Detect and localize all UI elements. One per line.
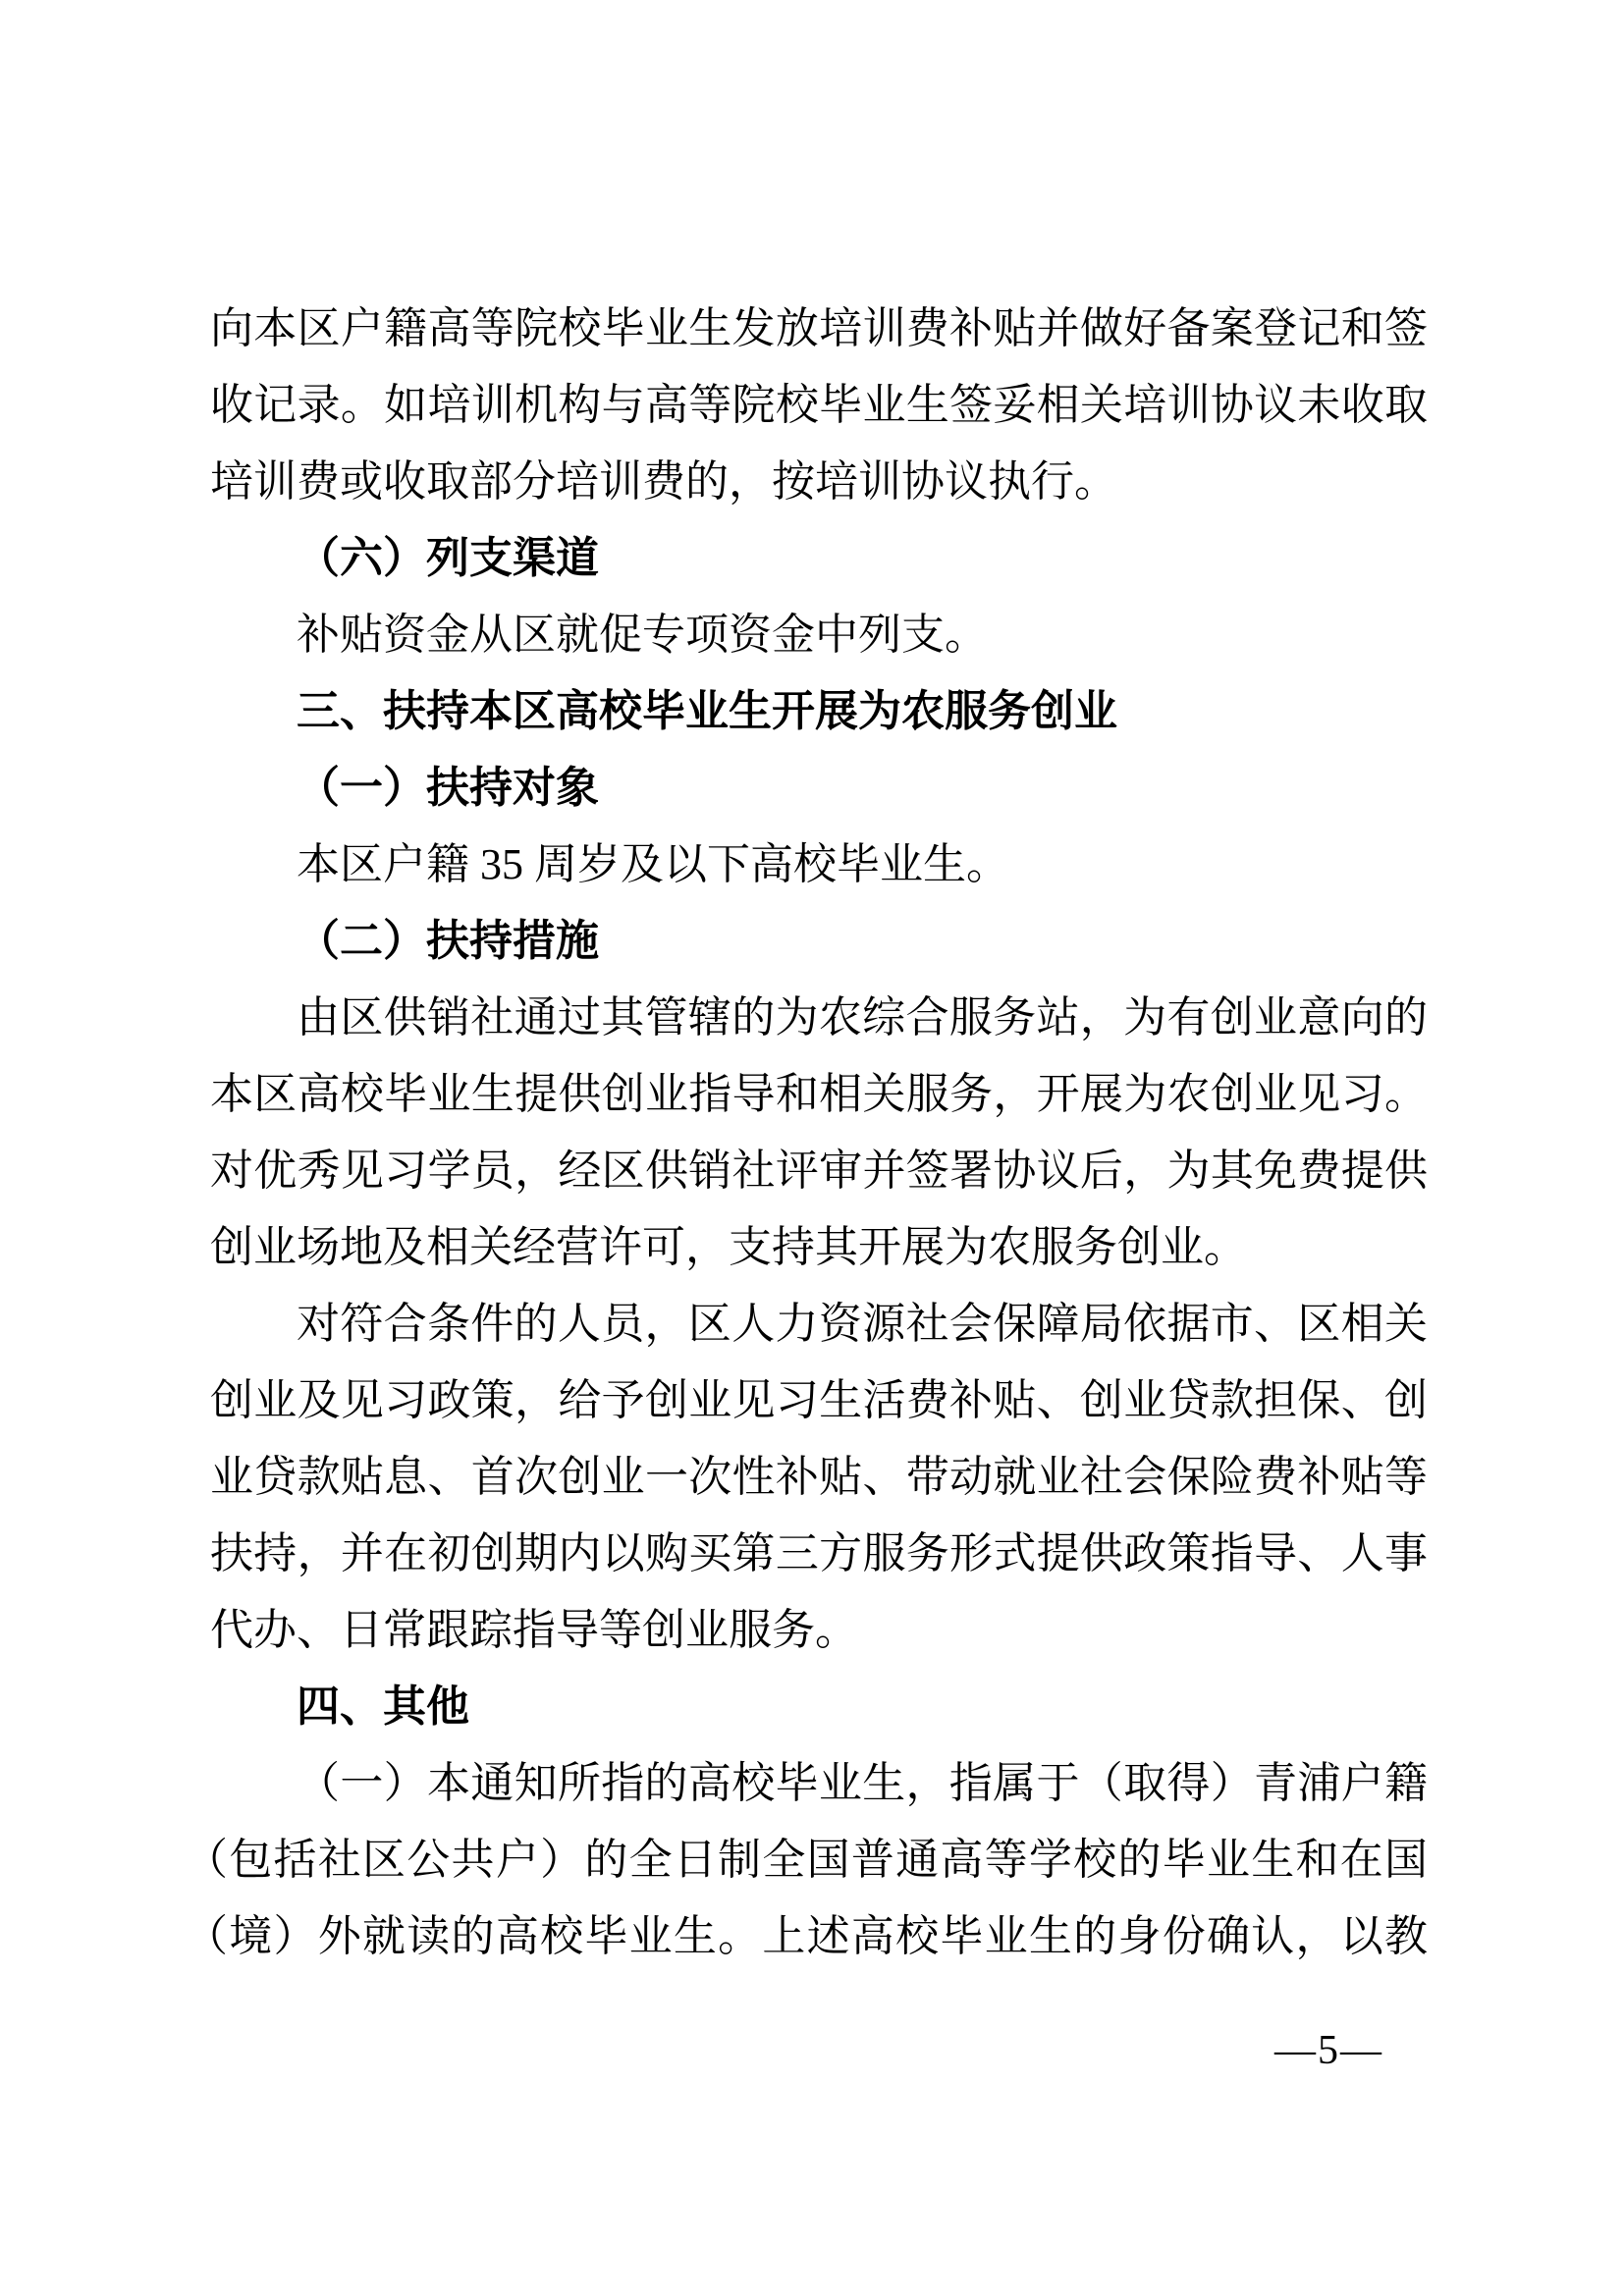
heading-level2: （六）列支渠道	[210, 520, 1428, 597]
body-line: 收记录。如培训机构与高等院校毕业生签妥相关培训协议未收取	[210, 367, 1428, 444]
document-page: 向本区户籍高等院校毕业生发放培训费补贴并做好备案登记和签 收记录。如培训机构与高…	[0, 0, 1624, 2296]
page-number: —5—	[1274, 2028, 1383, 2073]
body-line: 扶持，并在初创期内以购买第三方服务形式提供政策指导、人事	[210, 1516, 1428, 1592]
body-line: （境）外就读的高校毕业生。上述高校毕业生的身份确认，以教	[210, 1898, 1428, 1975]
heading-level2: （二）扶持措施	[210, 903, 1428, 980]
body-line: 培训费或收取部分培训费的，按培训协议执行。	[210, 444, 1428, 520]
heading-level2: （一）扶持对象	[210, 750, 1428, 827]
body-line: 本区高校毕业生提供创业指导和相关服务，开展为农创业见习。	[210, 1056, 1428, 1133]
body-line: 创业及见习政策，给予创业见习生活费补贴、创业贷款担保、创	[210, 1362, 1428, 1439]
body-line: 向本区户籍高等院校毕业生发放培训费补贴并做好备案登记和签	[210, 291, 1428, 367]
heading-level1: 三、扶持本区高校毕业生开展为农服务创业	[210, 673, 1428, 750]
body-line: 由区供销社通过其管辖的为农综合服务站，为有创业意向的	[210, 980, 1428, 1056]
heading-level1: 四、其他	[210, 1669, 1428, 1745]
body-line: 补贴资金从区就促专项资金中列支。	[210, 597, 1428, 673]
body-line: 对优秀见习学员，经区供销社评审并签署协议后，为其免费提供	[210, 1133, 1428, 1209]
document-text-block: 向本区户籍高等院校毕业生发放培训费补贴并做好备案登记和签 收记录。如培训机构与高…	[210, 291, 1428, 1975]
body-line: 业贷款贴息、首次创业一次性补贴、带动就业社会保险费补贴等	[210, 1439, 1428, 1516]
body-line: 创业场地及相关经营许可，支持其开展为农服务创业。	[210, 1209, 1428, 1286]
body-line: 代办、日常跟踪指导等创业服务。	[210, 1592, 1428, 1669]
body-line: 对符合条件的人员，区人力资源社会保障局依据市、区相关	[210, 1286, 1428, 1362]
body-line: 本区户籍 35 周岁及以下高校毕业生。	[210, 827, 1428, 903]
body-line: （一）本通知所指的高校毕业生，指属于（取得）青浦户籍	[210, 1745, 1428, 1822]
body-line: （包括社区公共户）的全日制全国普通高等学校的毕业生和在国	[210, 1822, 1428, 1898]
